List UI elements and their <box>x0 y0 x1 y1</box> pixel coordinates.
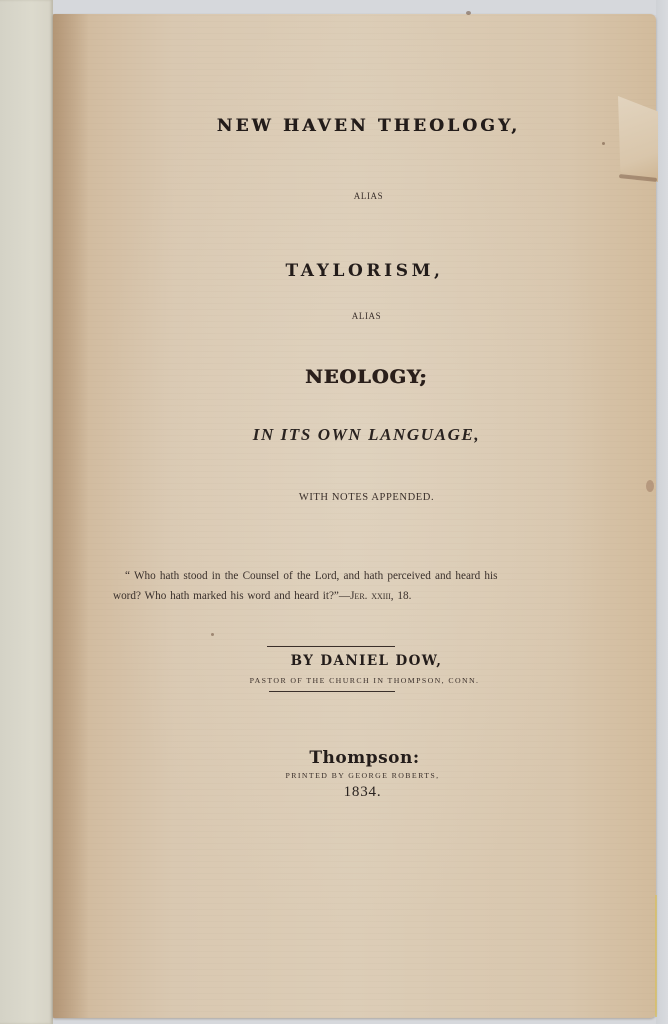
imprint-year: 1834. <box>53 784 664 801</box>
title-line-taylorism: TAYLORISM, <box>53 261 666 281</box>
imprint-place: Thompson: <box>53 748 666 768</box>
subtitle: IN ITS OWN LANGUAGE, <box>53 425 668 445</box>
title-page-content: NEW HAVEN THEOLOGY, ALIAS TAYLORISM, ALI… <box>53 14 656 1018</box>
alias-label: ALIAS <box>53 311 668 321</box>
imprint-printer: PRINTED BY GEORGE ROBERTS, <box>53 771 664 780</box>
epigraph-line-1: “ Who hath stood in the Counsel of the L… <box>113 566 538 586</box>
epigraph-line-2-text: word? Who hath marked his word and heard… <box>113 590 350 602</box>
divider-rule-top <box>267 646 395 647</box>
notes-line: WITH NOTES APPENDED. <box>53 492 668 503</box>
epigraph-citation-verse: , 18. <box>391 590 412 602</box>
title-line-neology: NEOLOGY; <box>53 366 668 388</box>
author-name: BY DANIEL DOW, <box>53 653 668 669</box>
title-line-new-haven-theology: NEW HAVEN THEOLOGY, <box>53 116 668 136</box>
divider-rule-bottom <box>269 691 395 692</box>
epigraph-quote: “ Who hath stood in the Counsel of the L… <box>113 566 538 606</box>
epigraph-line-2: word? Who hath marked his word and heard… <box>113 586 538 606</box>
alias-label: ALIAS <box>53 191 668 201</box>
epigraph-citation-chapter: xxiii <box>371 590 391 602</box>
epigraph-citation-book: Jer. <box>350 590 367 602</box>
photo-scene: NEW HAVEN THEOLOGY, ALIAS TAYLORISM, ALI… <box>0 0 668 1024</box>
author-role: PASTOR OF THE CHURCH IN THOMPSON, CONN. <box>53 676 666 685</box>
facing-leaf <box>0 0 53 1024</box>
